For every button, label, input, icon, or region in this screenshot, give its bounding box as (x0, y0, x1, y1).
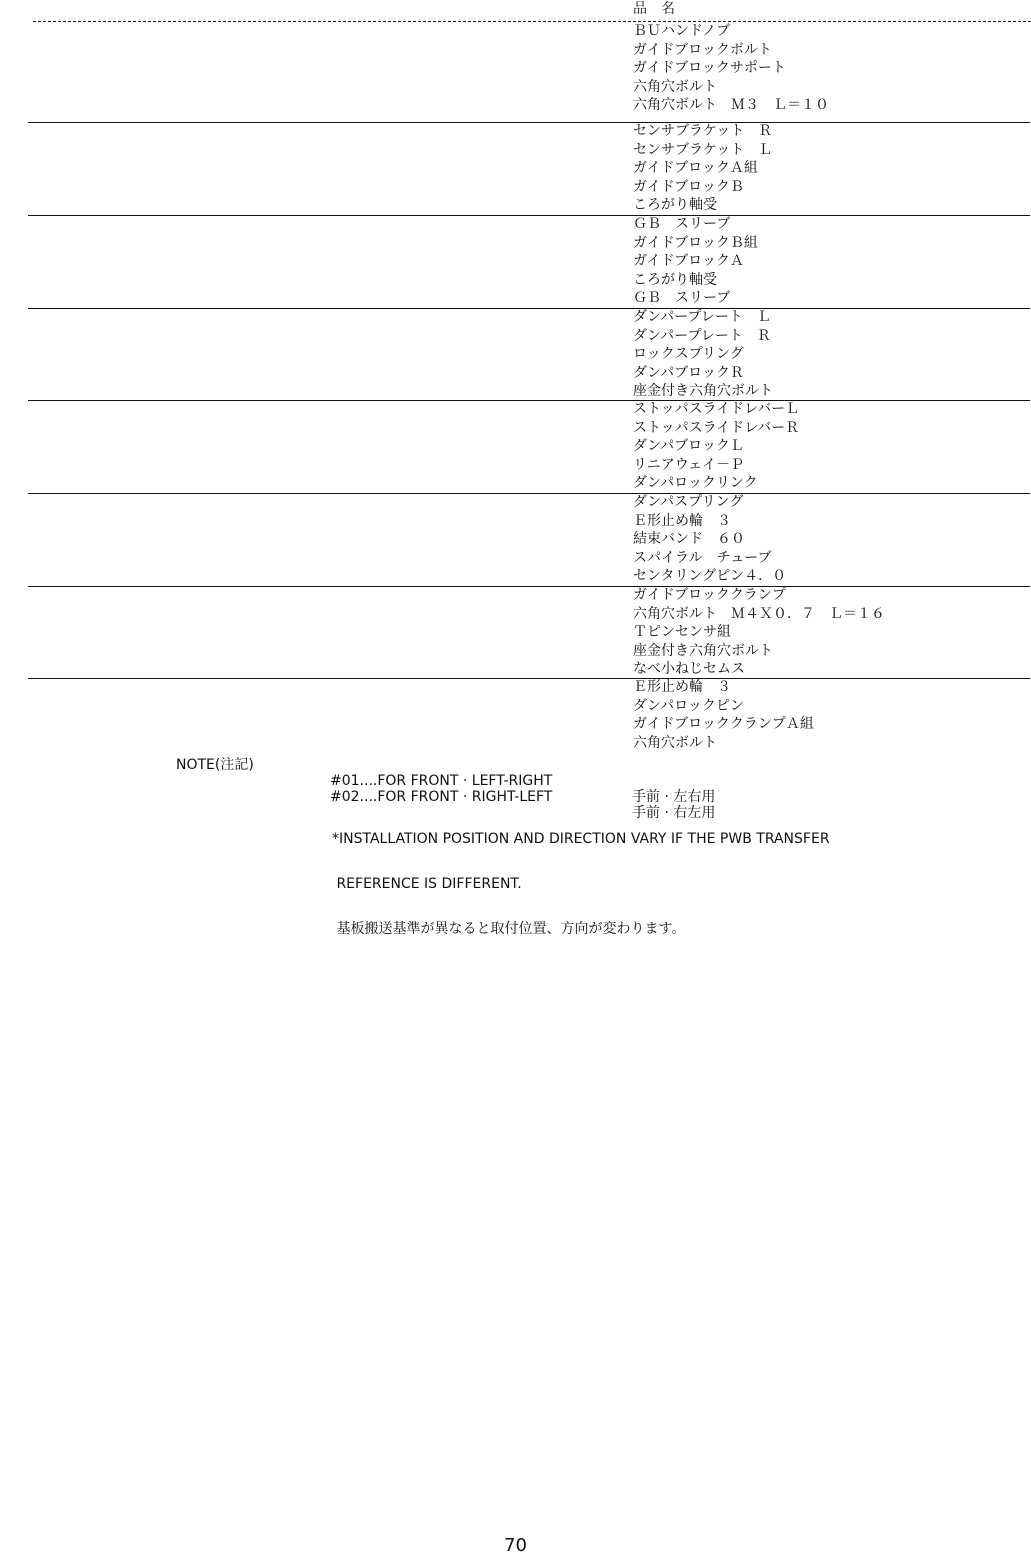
part-name: ガイドブロックボルト (633, 41, 829, 60)
note-rows: #01....FOR FRONT · LEFT-RIGHT 手前 · 左右用 #… (330, 757, 1030, 789)
part-name: なべ小ねじセムス (633, 660, 885, 679)
part-name: ストッパスライドレバーＲ (633, 419, 799, 438)
part-name: Ｅ形止め輪 ３ (633, 512, 786, 531)
part-name: ガイドブロッククランプ (633, 586, 885, 605)
group-divider (28, 215, 1030, 216)
installation-note: *INSTALLATION POSITION AND DIRECTION VAR… (332, 802, 830, 967)
parts-list: ストッパスライドレバーＬストッパスライドレバーＲダンパブロックＬリニアウェイ－Ｐ… (633, 400, 799, 493)
part-name: 六角穴ボルト (633, 78, 829, 97)
part-name: 座金付き六角穴ボルト (633, 382, 773, 401)
part-name: ガイドブロックＡ組 (633, 159, 772, 178)
part-name: ガイドブロックＢ (633, 178, 772, 197)
part-name: ガイドブロックＢ組 (633, 234, 758, 253)
part-name: スパイラル チューブ (633, 549, 786, 568)
part-name: センサブラケット Ｌ (633, 141, 772, 160)
part-name: ダンパロックリンク (633, 474, 799, 493)
parts-list: ダンパスプリングＥ形止め輪 ３結束バンド ６０スパイラル チューブセンタリングピ… (633, 493, 786, 586)
part-name: ダンパブロックＲ (633, 364, 773, 383)
column-header-part-name: 品 名 (633, 0, 675, 18)
part-name: リニアウェイ－Ｐ (633, 456, 799, 475)
page-number: 70 (0, 1535, 1031, 1556)
part-name: ダンパープレート Ｒ (633, 327, 773, 346)
parts-list: ＢＵハンドノブガイドブロックボルトガイドブロックサポート六角穴ボルト六角穴ボルト… (633, 22, 829, 115)
part-name: センサブラケット Ｒ (633, 122, 772, 141)
part-name: ストッパスライドレバーＬ (633, 400, 799, 419)
part-name: ガイドブロックサポート (633, 59, 829, 78)
part-name: ころがり軸受 (633, 271, 758, 290)
part-name: 六角穴ボルト Ｍ４Ｘ０．７ Ｌ＝１６ (633, 605, 885, 624)
group-divider (28, 308, 1030, 309)
note-label: NOTE(注記) (176, 757, 254, 773)
part-name: ダンパスプリング (633, 493, 786, 512)
part-name: 六角穴ボルト (633, 734, 814, 753)
part-name: ガイドブロッククランプＡ組 (633, 715, 814, 734)
part-name: 結束バンド ６０ (633, 530, 786, 549)
parts-list: Ｅ形止め輪 ３ダンパロックピンガイドブロッククランプＡ組六角穴ボルト (633, 678, 814, 752)
parts-list: ＧＢ スリーブガイドブロックＢ組ガイドブロックＡころがり軸受ＧＢ スリーブ (633, 215, 758, 308)
part-name: ＧＢ スリーブ (633, 289, 758, 308)
part-name: Ｔピンセンサ組 (633, 623, 885, 642)
group-divider (28, 122, 1030, 123)
part-name: Ｅ形止め輪 ３ (633, 678, 814, 697)
group-divider (28, 400, 1030, 401)
part-name: ダンパープレート Ｌ (633, 308, 773, 327)
group-divider (28, 493, 1030, 494)
installation-note-line: *INSTALLATION POSITION AND DIRECTION VAR… (332, 832, 830, 847)
part-name: ＢＵハンドノブ (633, 22, 829, 41)
installation-note-line: 基板搬送基準が異なると取付位置、方向が変わります。 (332, 922, 830, 937)
parts-list: ダンパープレート Ｌダンパープレート ＲロックスプリングダンパブロックＲ座金付き… (633, 308, 773, 401)
installation-note-line: REFERENCE IS DIFFERENT. (332, 877, 830, 892)
parts-list: ガイドブロッククランプ六角穴ボルト Ｍ４Ｘ０．７ Ｌ＝１６Ｔピンセンサ組座金付き… (633, 586, 885, 679)
header-dashed-divider (33, 21, 1031, 22)
part-name: ダンパロックピン (633, 697, 814, 716)
part-name: 座金付き六角穴ボルト (633, 642, 885, 661)
group-divider (28, 678, 1030, 679)
part-name: ダンパブロックＬ (633, 437, 799, 456)
part-name: センタリングピン４．０ (633, 567, 786, 586)
note-row: #02....FOR FRONT · RIGHT-LEFT 手前 · 右左用 (330, 773, 1030, 789)
parts-list: センサブラケット Ｒセンサブラケット ＬガイドブロックＡ組ガイドブロックＢころが… (633, 122, 772, 215)
part-name: ころがり軸受 (633, 196, 772, 215)
note-row: #01....FOR FRONT · LEFT-RIGHT 手前 · 左右用 (330, 757, 1030, 773)
part-name: ロックスプリング (633, 345, 773, 364)
part-name: ガイドブロックＡ (633, 252, 758, 271)
part-name: 六角穴ボルト Ｍ３ Ｌ＝１０ (633, 96, 829, 115)
part-name: ＧＢ スリーブ (633, 215, 758, 234)
